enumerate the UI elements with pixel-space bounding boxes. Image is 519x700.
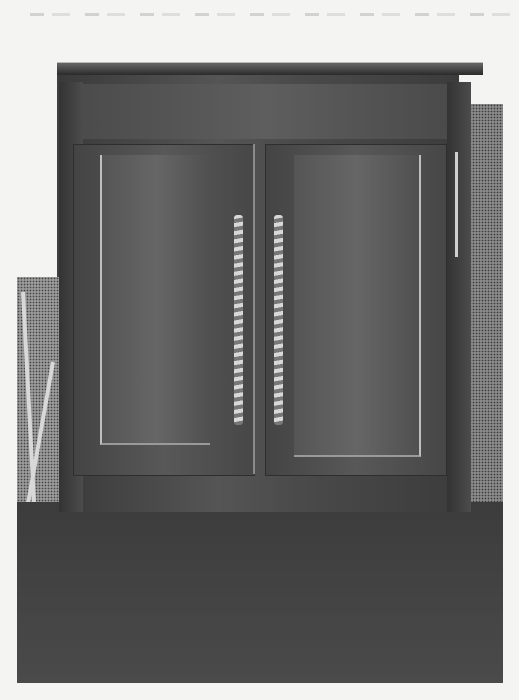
photograph [17,62,503,683]
right-carved-ornament [274,215,283,425]
left-door [73,144,255,476]
left-carved-ornament [234,215,243,425]
right-door [265,144,447,476]
right-post [447,82,471,512]
cornice [57,62,483,75]
wall-left [17,62,57,277]
hinge-highlight [455,152,458,257]
scan-streak [30,13,510,16]
right-door-panel [294,155,421,457]
frieze [77,84,452,139]
left-door-panel [100,155,210,445]
paper-background [0,0,519,700]
armoire [59,72,459,512]
door-seam [253,144,255,474]
floor [17,502,503,683]
